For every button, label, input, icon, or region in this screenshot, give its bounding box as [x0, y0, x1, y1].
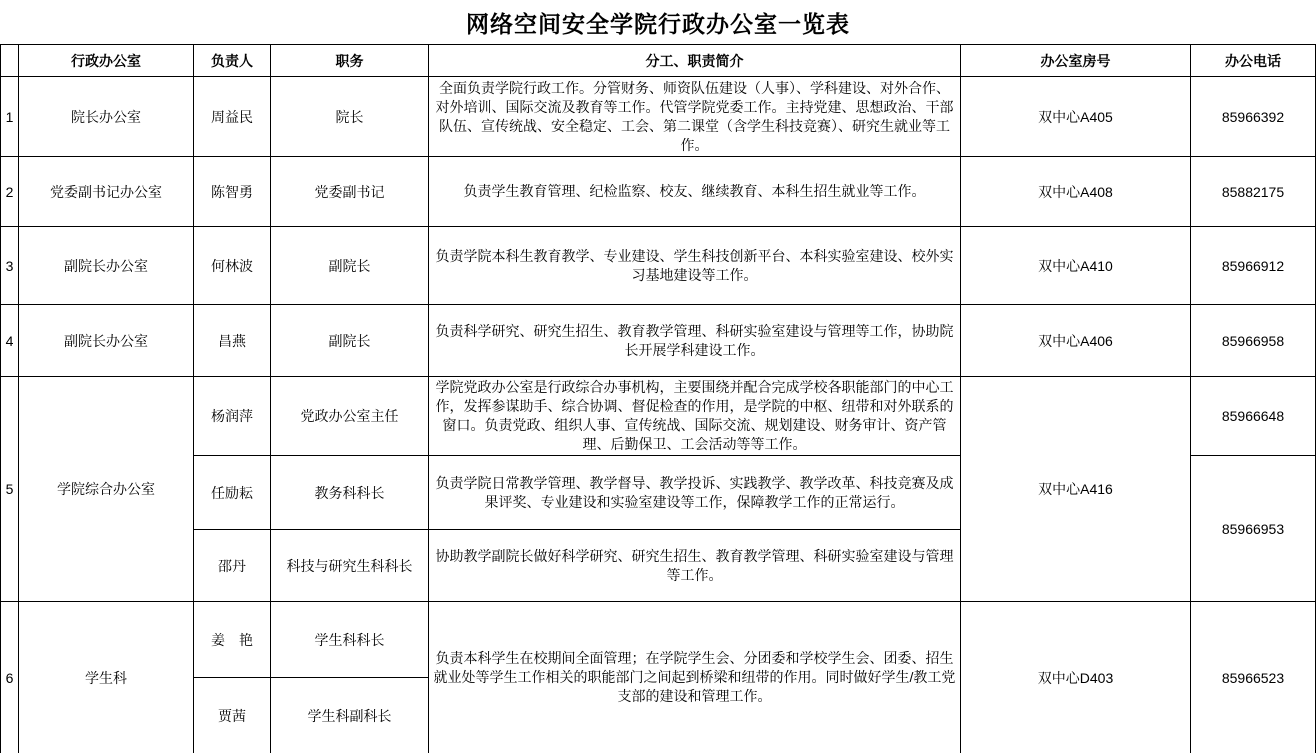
room-number: 双中心A408	[961, 157, 1191, 227]
position-title: 学生科科长	[271, 602, 429, 678]
person-name: 任励耘	[194, 456, 271, 530]
phone-number: 85966953	[1191, 456, 1316, 602]
phone-number: 85966648	[1191, 377, 1316, 456]
person-name: 陈智勇	[194, 157, 271, 227]
person-name: 邵丹	[194, 530, 271, 602]
duty-description: 负责科学研究、研究生招生、教育教学管理、科研实验室建设与管理等工作，协助院长开展…	[429, 305, 961, 377]
col-header-position: 职务	[271, 45, 429, 77]
duty-description: 负责本科学生在校期间全面管理；在学院学生会、分团委和学校学生会、团委、招生就业处…	[429, 602, 961, 753]
col-header-phone: 办公电话	[1191, 45, 1316, 77]
office-name: 学院综合办公室	[19, 377, 194, 602]
person-name: 昌燕	[194, 305, 271, 377]
position-title: 院长	[271, 77, 429, 157]
table-row: 4 副院长办公室 昌燕 副院长 负责科学研究、研究生招生、教育教学管理、科研实验…	[1, 305, 1316, 377]
person-name: 周益民	[194, 77, 271, 157]
duty-description: 协助教学副院长做好科学研究、研究生招生、教育教学管理、科研实验室建设与管理等工作…	[429, 530, 961, 602]
row-index: 5	[1, 377, 19, 602]
room-number: 双中心A410	[961, 227, 1191, 305]
col-header-duty: 分工、职责简介	[429, 45, 961, 77]
office-table: 行政办公室 负责人 职务 分工、职责简介 办公室房号 办公电话 1 院长办公室 …	[0, 44, 1316, 753]
position-title: 教务科科长	[271, 456, 429, 530]
phone-number: 85882175	[1191, 157, 1316, 227]
office-name: 党委副书记办公室	[19, 157, 194, 227]
row-index: 2	[1, 157, 19, 227]
office-name: 副院长办公室	[19, 305, 194, 377]
table-row: 3 副院长办公室 何林波 副院长 负责学院本科生教育教学、专业建设、学生科技创新…	[1, 227, 1316, 305]
person-name: 姜 艳	[194, 602, 271, 678]
duty-description: 负责学院日常教学管理、教学督导、教学投诉、实践教学、教学改革、科技竞赛及成果评奖…	[429, 456, 961, 530]
duty-description: 全面负责学院行政工作。分管财务、师资队伍建设（人事）、学科建设、对外合作、对外培…	[429, 77, 961, 157]
page-title: 网络空间安全学院行政办公室一览表	[0, 0, 1316, 44]
table-row: 6 学生科 姜 艳 学生科科长 负责本科学生在校期间全面管理；在学院学生会、分团…	[1, 602, 1316, 678]
position-title: 党委副书记	[271, 157, 429, 227]
phone-number: 85966523	[1191, 602, 1316, 753]
position-title: 党政办公室主任	[271, 377, 429, 456]
phone-number: 85966958	[1191, 305, 1316, 377]
header-row: 行政办公室 负责人 职务 分工、职责简介 办公室房号 办公电话	[1, 45, 1316, 77]
duty-description: 负责学生教育管理、纪检监察、校友、继续教育、本科生招生就业等工作。	[429, 157, 961, 227]
col-header-index	[1, 45, 19, 77]
room-number: 双中心D403	[961, 602, 1191, 753]
col-header-office: 行政办公室	[19, 45, 194, 77]
duty-description: 负责学院本科生教育教学、专业建设、学生科技创新平台、本科实验室建设、校外实习基地…	[429, 227, 961, 305]
col-header-room: 办公室房号	[961, 45, 1191, 77]
table-row: 2 党委副书记办公室 陈智勇 党委副书记 负责学生教育管理、纪检监察、校友、继续…	[1, 157, 1316, 227]
office-name: 学生科	[19, 602, 194, 753]
person-name: 杨润萍	[194, 377, 271, 456]
room-number: 双中心A416	[961, 377, 1191, 602]
table-row: 5 学院综合办公室 杨润萍 党政办公室主任 学院党政办公室是行政综合办事机构，主…	[1, 377, 1316, 456]
duty-description: 学院党政办公室是行政综合办事机构，主要围绕并配合完成学校各职能部门的中心工作，发…	[429, 377, 961, 456]
row-index: 3	[1, 227, 19, 305]
position-title: 科技与研究生科科长	[271, 530, 429, 602]
position-title: 副院长	[271, 227, 429, 305]
room-number: 双中心A406	[961, 305, 1191, 377]
col-header-person: 负责人	[194, 45, 271, 77]
room-number: 双中心A405	[961, 77, 1191, 157]
row-index: 1	[1, 77, 19, 157]
row-index: 4	[1, 305, 19, 377]
person-name: 贾茜	[194, 678, 271, 753]
position-title: 副院长	[271, 305, 429, 377]
table-row: 1 院长办公室 周益民 院长 全面负责学院行政工作。分管财务、师资队伍建设（人事…	[1, 77, 1316, 157]
phone-number: 85966912	[1191, 227, 1316, 305]
office-name: 副院长办公室	[19, 227, 194, 305]
office-name: 院长办公室	[19, 77, 194, 157]
phone-number: 85966392	[1191, 77, 1316, 157]
position-title: 学生科副科长	[271, 678, 429, 753]
person-name: 何林波	[194, 227, 271, 305]
row-index: 6	[1, 602, 19, 753]
